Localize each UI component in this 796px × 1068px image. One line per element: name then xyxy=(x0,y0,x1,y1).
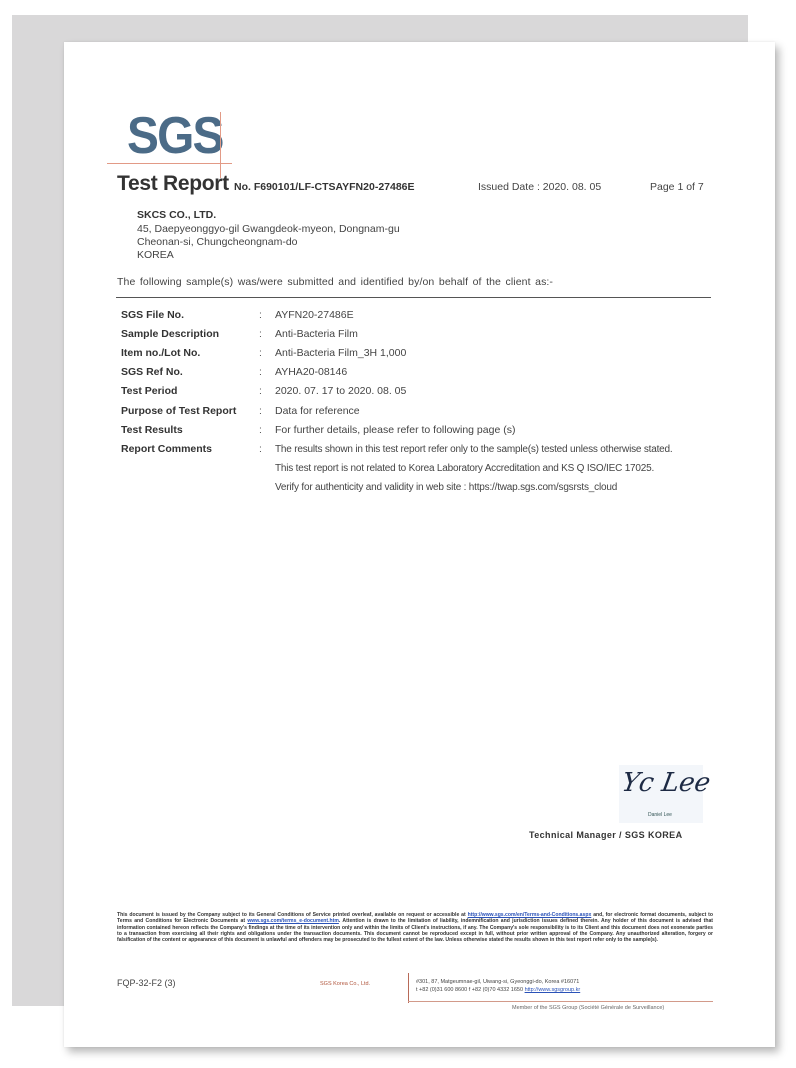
field-colon: : xyxy=(259,405,262,417)
field-colon: : xyxy=(259,328,262,340)
field-value-sgs-file-no: AYFN20-27486E xyxy=(275,309,354,321)
field-value-test-results: For further details, please refer to fol… xyxy=(275,424,515,436)
field-colon: : xyxy=(259,424,262,436)
field-value-sgs-ref-no: AYHA20-08146 xyxy=(275,366,347,378)
field-value-purpose: Data for reference xyxy=(275,405,360,417)
field-label-sgs-file-no: SGS File No. xyxy=(121,309,184,321)
field-value-test-period: 2020. 07. 17 to 2020. 08. 05 xyxy=(275,385,406,397)
report-comment-line: Verify for authenticity and validity in … xyxy=(275,482,617,493)
footer-website-link[interactable]: http://www.sgsgroup.kr xyxy=(525,987,581,993)
field-label-sgs-ref-no: SGS Ref No. xyxy=(121,366,183,378)
footer-phone-fax: t +82 (0)31 600 8600 f +82 (0)70 4332 16… xyxy=(416,987,525,993)
field-colon: : xyxy=(259,385,262,397)
field-label-item-lot-no: Item no./Lot No. xyxy=(121,347,200,359)
signatory-title: Technical Manager / SGS KOREA xyxy=(529,830,682,840)
report-title: Test Report xyxy=(117,172,229,196)
field-label-purpose: Purpose of Test Report xyxy=(121,405,236,417)
signature-printed-name: Daniel Lee xyxy=(648,812,672,818)
footer-member-statement: Member of the SGS Group (Société Général… xyxy=(512,1005,664,1011)
divider-line xyxy=(116,297,711,298)
logo-vertical-line xyxy=(220,112,221,178)
footer-address: #301, 87, Matgeumnae-gil, Uiwang-si, Gye… xyxy=(416,979,579,985)
client-address-line: Cheonan-si, Chungcheongnam-do xyxy=(137,236,298,248)
footer-horizontal-line xyxy=(408,1001,713,1002)
form-code: FQP-32-F2 (3) xyxy=(117,978,176,988)
report-comment-line: This test report is not related to Korea… xyxy=(275,463,654,474)
field-label-test-results: Test Results xyxy=(121,424,183,436)
footer-contact: t +82 (0)31 600 8600 f +82 (0)70 4332 16… xyxy=(416,987,580,993)
terms-link[interactable]: http://www.sgs.com/en/Terms-and-Conditio… xyxy=(468,912,592,918)
issued-date: Issued Date : 2020. 08. 05 xyxy=(478,181,601,193)
edocument-terms-link[interactable]: www.sgs.com/terms_e-document.htm xyxy=(247,918,339,924)
footer-company: SGS Korea Co., Ltd. xyxy=(320,981,370,987)
logo-horizontal-line xyxy=(107,163,232,164)
sgs-logo: SGS xyxy=(107,112,232,178)
field-label-test-period: Test Period xyxy=(121,385,177,397)
client-address-line: KOREA xyxy=(137,249,174,261)
disclaimer-text: This document is issued by the Company s… xyxy=(117,912,468,918)
field-value-item-lot-no: Anti-Bacteria Film_3H 1,000 xyxy=(275,347,406,359)
field-colon: : xyxy=(259,347,262,359)
field-label-report-comments: Report Comments xyxy=(121,443,212,455)
field-value-sample-description: Anti-Bacteria Film xyxy=(275,328,358,340)
footer-vertical-line xyxy=(408,973,409,1003)
logo-text: SGS xyxy=(127,106,223,166)
client-address-line: 45, Daepyeonggyo-gil Gwangdeok-myeon, Do… xyxy=(137,223,400,235)
client-name: SKCS CO., LTD. xyxy=(137,209,216,221)
page-indicator: Page 1 of 7 xyxy=(650,181,704,193)
intro-statement: The following sample(s) was/were submitt… xyxy=(117,276,553,288)
signature: Yc Lee xyxy=(619,768,712,798)
field-colon: : xyxy=(259,366,262,378)
report-number: No. F690101/LF-CTSAYFN20-27486E xyxy=(234,181,415,193)
field-colon: : xyxy=(259,309,262,321)
field-colon: : xyxy=(259,443,262,455)
report-comment-line: The results shown in this test report re… xyxy=(275,444,672,455)
legal-disclaimer: This document is issued by the Company s… xyxy=(117,912,713,943)
field-label-sample-description: Sample Description xyxy=(121,328,219,340)
